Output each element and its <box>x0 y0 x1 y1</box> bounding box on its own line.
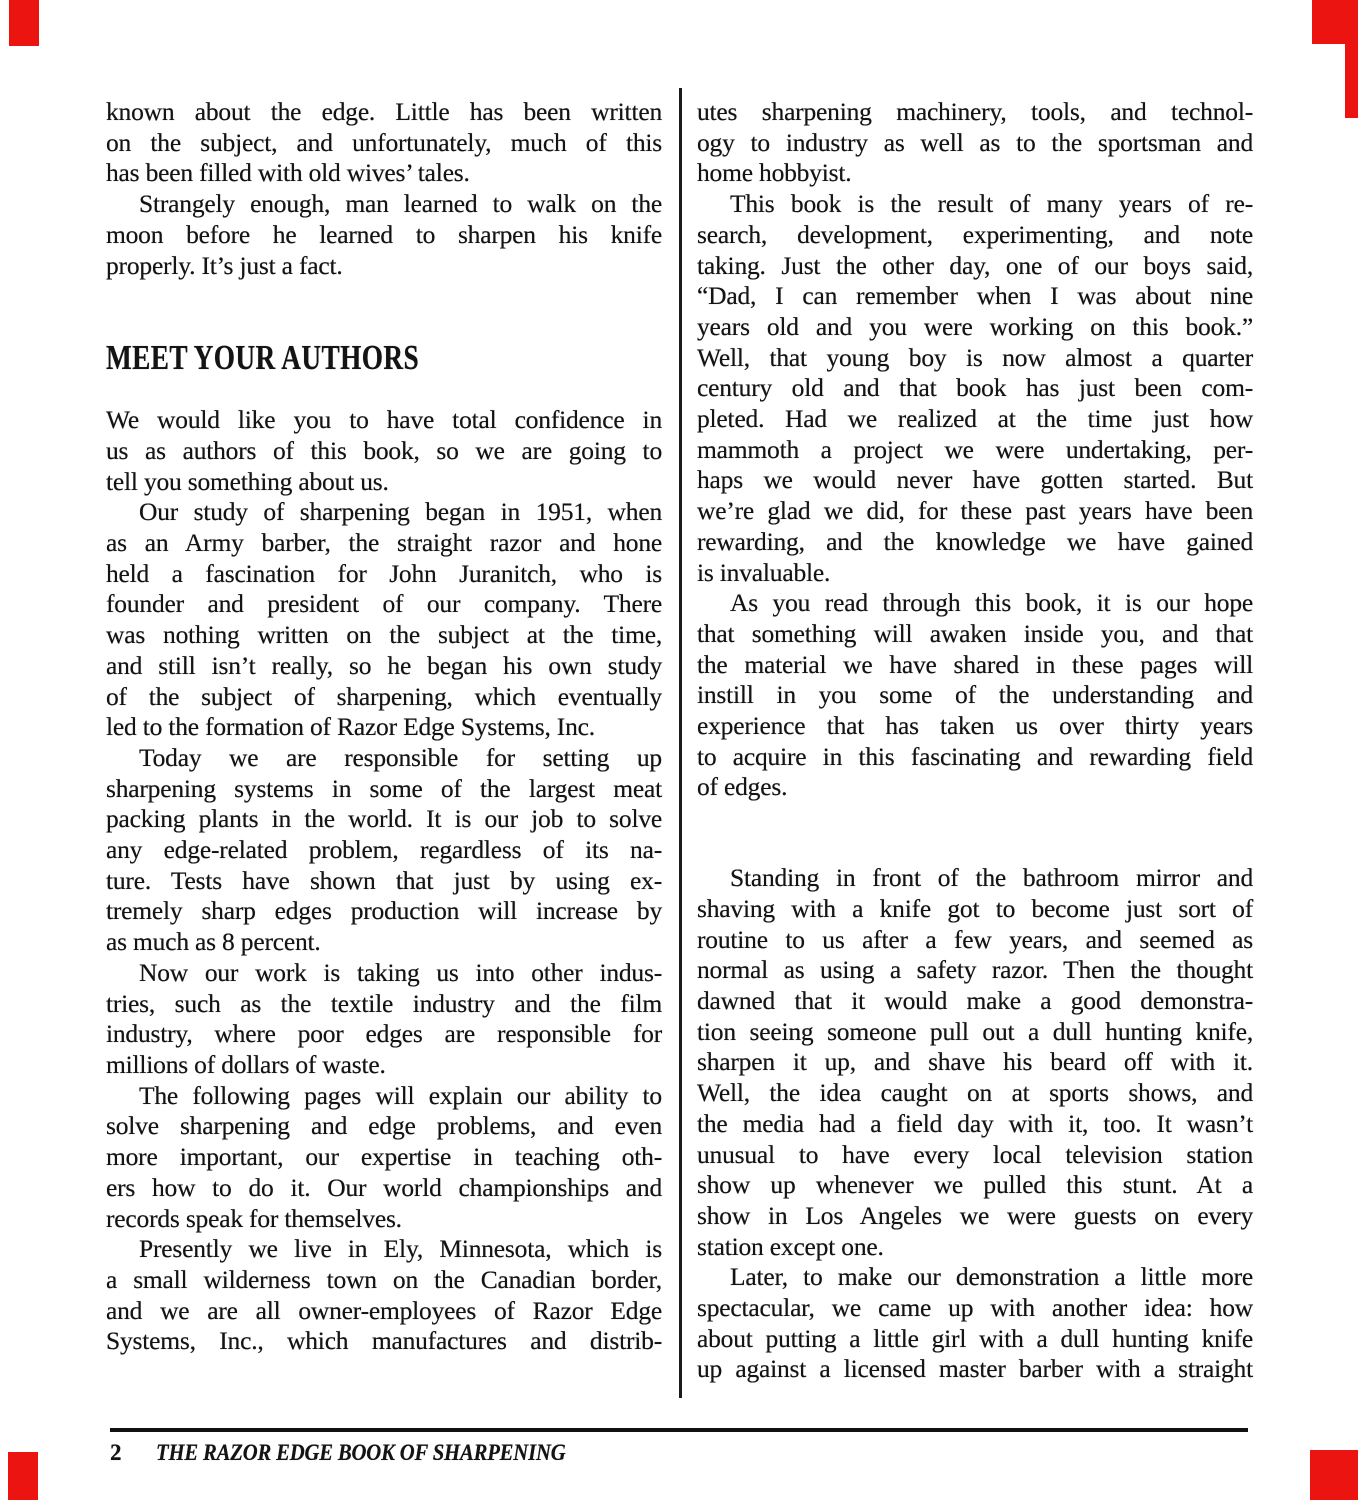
text-line: shaving with a knife got to become just … <box>697 894 1253 925</box>
column-divider-rule <box>679 88 682 1398</box>
paragraph: Our study of sharpening began in 1951, w… <box>106 497 662 743</box>
text-line: us as authors of this book, so we are go… <box>106 436 662 467</box>
paragraph: Today we are responsible for setting ups… <box>106 743 662 958</box>
text-line: tion seeing someone pull out a dull hunt… <box>697 1017 1253 1048</box>
text-line: Now our work is taking us into other ind… <box>106 958 662 989</box>
text-line: sharpen it up, and shave his beard off w… <box>697 1047 1253 1078</box>
text-line: as an Army barber, the straight razor an… <box>106 528 662 559</box>
text-line: solve sharpening and edge problems, and … <box>106 1111 662 1142</box>
text-line: tries, such as the textile industry and … <box>106 989 662 1020</box>
text-line: ers how to do it. Our world championship… <box>106 1173 662 1204</box>
text-line: up against a licensed master barber with… <box>697 1354 1253 1385</box>
text-line: We would like you to have total confiden… <box>106 405 662 436</box>
text-line: records speak for themselves. <box>106 1204 662 1235</box>
footer-rule <box>110 1428 1248 1432</box>
text-line: Our study of sharpening began in 1951, w… <box>106 497 662 528</box>
text-line: was nothing written on the subject at th… <box>106 620 662 651</box>
text-line: Presently we live in Ely, Minnesota, whi… <box>106 1234 662 1265</box>
text-line: years old and you were working on this b… <box>697 312 1253 343</box>
text-line: normal as using a safety razor. Then the… <box>697 955 1253 986</box>
scan-corner-mark-right-edge <box>1345 0 1358 118</box>
text-line: properly. It’s just a fact. <box>106 251 662 282</box>
paragraph: Later, to make our demonstration a littl… <box>697 1262 1253 1385</box>
page-number: 2 <box>110 1440 122 1465</box>
text-line: Today we are responsible for setting up <box>106 743 662 774</box>
text-line: Standing in front of the bathroom mirror… <box>697 863 1253 894</box>
text-line: The following pages will explain our abi… <box>106 1081 662 1112</box>
text-line: routine to us after a few years, and see… <box>697 925 1253 956</box>
text-line: Well, that young boy is now almost a qua… <box>697 343 1253 374</box>
paragraph: known about the edge. Little has been wr… <box>106 97 662 189</box>
text-line: packing plants in the world. It is our j… <box>106 804 662 835</box>
text-line: any edge-related problem, regardless of … <box>106 835 662 866</box>
scan-corner-mark-bottom-left <box>8 1452 38 1500</box>
scan-corner-mark-bottom-right <box>1310 1450 1358 1500</box>
paragraph: Now our work is taking us into other ind… <box>106 958 662 1081</box>
text-line: the media had a field day with it, too. … <box>697 1109 1253 1140</box>
text-line: haps we would never have gotten started.… <box>697 465 1253 496</box>
text-line: Later, to make our demonstration a littl… <box>697 1262 1253 1293</box>
text-line: Well, the idea caught on at sports shows… <box>697 1078 1253 1109</box>
text-line: about putting a little girl with a dull … <box>697 1324 1253 1355</box>
left-text-column: known about the edge. Little has been wr… <box>106 97 662 1357</box>
right-text-column: utes sharpening machinery, tools, and te… <box>697 97 1253 1385</box>
scan-corner-mark-top-left <box>9 0 39 46</box>
paragraph: The following pages will explain our abi… <box>106 1081 662 1235</box>
text-line: industry, where poor edges are responsib… <box>106 1019 662 1050</box>
text-line: founder and president of our company. Th… <box>106 589 662 620</box>
text-line: dawned that it would make a good demonst… <box>697 986 1253 1017</box>
text-line: station except one. <box>697 1232 1253 1263</box>
text-line: search, development, experimenting, and … <box>697 220 1253 251</box>
paragraph: Presently we live in Ely, Minnesota, whi… <box>106 1234 662 1357</box>
text-line: As you read through this book, it is our… <box>697 588 1253 619</box>
text-line: sharpening systems in some of the larges… <box>106 774 662 805</box>
text-line: instill in you some of the understanding… <box>697 680 1253 711</box>
text-line: show up whenever we pulled this stunt. A… <box>697 1170 1253 1201</box>
text-line: moon before he learned to sharpen his kn… <box>106 220 662 251</box>
text-line: mammoth a project we were undertaking, p… <box>697 435 1253 466</box>
text-line: is invaluable. <box>697 558 1253 589</box>
paragraph: Strangely enough, man learned to walk on… <box>106 189 662 281</box>
text-line: to acquire in this fascinating and rewar… <box>697 742 1253 773</box>
text-line: experience that has taken us over thirty… <box>697 711 1253 742</box>
page-footer: 2 THE RAZOR EDGE BOOK OF SHARPENING <box>110 1440 610 1466</box>
text-line: ture. Tests have shown that just by usin… <box>106 866 662 897</box>
paragraph: This book is the result of many years of… <box>697 189 1253 588</box>
section-heading: MEET YOUR AUTHORS <box>106 339 540 377</box>
text-line: millions of dollars of waste. <box>106 1050 662 1081</box>
text-line: This book is the result of many years of… <box>697 189 1253 220</box>
text-line: on the subject, and unfortunately, much … <box>106 128 662 159</box>
text-line: of edges. <box>697 772 1253 803</box>
text-line: that something will awaken inside you, a… <box>697 619 1253 650</box>
text-line: “Dad, I can remember when I was about ni… <box>697 281 1253 312</box>
text-line: and still isn’t really, so he began his … <box>106 651 662 682</box>
text-line: taking. Just the other day, one of our b… <box>697 251 1253 282</box>
text-line: led to the formation of Razor Edge Syste… <box>106 712 662 743</box>
text-line: show in Los Angeles we were guests on ev… <box>697 1201 1253 1232</box>
text-line: Systems, Inc., which manufactures and di… <box>106 1326 662 1357</box>
text-line: as much as 8 percent. <box>106 927 662 958</box>
text-line: Strangely enough, man learned to walk on… <box>106 189 662 220</box>
text-line: the material we have shared in these pag… <box>697 650 1253 681</box>
text-line: known about the edge. Little has been wr… <box>106 97 662 128</box>
paragraph: As you read through this book, it is our… <box>697 588 1253 803</box>
text-line: of the subject of sharpening, which even… <box>106 682 662 713</box>
text-line: has been filled with old wives’ tales. <box>106 158 662 189</box>
text-line: and we are all owner-employees of Razor … <box>106 1296 662 1327</box>
text-line: we’re glad we did, for these past years … <box>697 496 1253 527</box>
text-line: ogy to industry as well as to the sports… <box>697 128 1253 159</box>
text-line: home hobbyist. <box>697 158 1253 189</box>
text-line: pleted. Had we realized at the time just… <box>697 404 1253 435</box>
text-line: more important, our expertise in teachin… <box>106 1142 662 1173</box>
text-line: utes sharpening machinery, tools, and te… <box>697 97 1253 128</box>
book-page: { "footer": { "page_number": "2", "title… <box>0 0 1358 1500</box>
text-line: tell you something about us. <box>106 467 662 498</box>
paragraph: We would like you to have total confiden… <box>106 405 662 497</box>
text-line: century old and that book has just been … <box>697 373 1253 404</box>
paragraph: utes sharpening machinery, tools, and te… <box>697 97 1253 189</box>
text-line: tremely sharp edges production will incr… <box>106 896 662 927</box>
text-line: unusual to have every local television s… <box>697 1140 1253 1171</box>
paragraph: Standing in front of the bathroom mirror… <box>697 863 1253 1262</box>
text-line: held a fascination for John Juranitch, w… <box>106 559 662 590</box>
footer-book-title: THE RAZOR EDGE BOOK OF SHARPENING <box>156 1440 565 1466</box>
text-line: a small wilderness town on the Canadian … <box>106 1265 662 1296</box>
text-line: rewarding, and the knowledge we have gai… <box>697 527 1253 558</box>
text-line: spectacular, we came up with another ide… <box>697 1293 1253 1324</box>
